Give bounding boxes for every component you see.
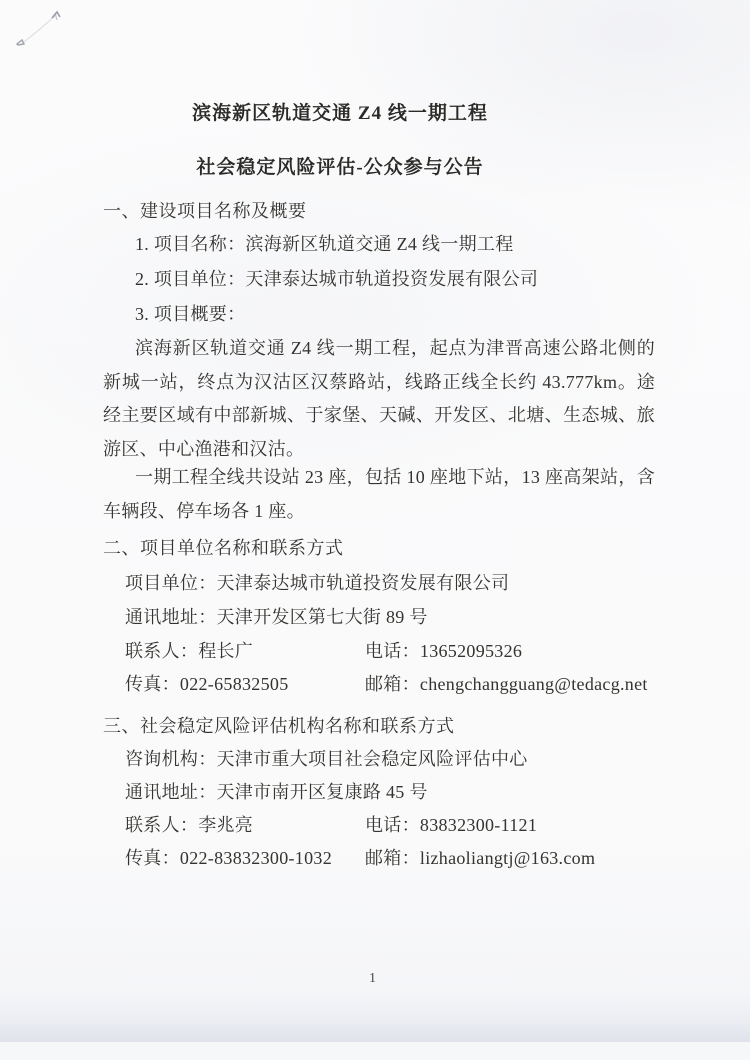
agency-label: 咨询机构：	[125, 749, 217, 769]
contact-person-value: 程长广	[198, 641, 253, 661]
list-item-project-unit: 2. 项目单位：天津泰达城市轨道投资发展有限公司	[135, 262, 655, 297]
phone-label: 电话：	[365, 641, 420, 661]
fax-value: 022-83832300-1032	[180, 848, 332, 868]
assessment-agency-contact-block: 咨询机构：天津市重大项目社会稳定风险评估中心 通讯地址：天津市南开区复康路 45…	[103, 743, 655, 875]
contact-row-address: 通讯地址：天津市南开区复康路 45 号	[125, 776, 655, 809]
scan-bottom-shadow	[0, 992, 750, 1041]
document-title: 滨海新区轨道交通 Z4 线一期工程	[0, 101, 680, 127]
email-value: chengchangguang@tedacg.net	[420, 674, 648, 694]
phone-label: 电话：	[365, 815, 420, 835]
scanned-document-page: 滨海新区轨道交通 Z4 线一期工程 社会稳定风险评估-公众参与公告 一、建设项目…	[0, 0, 750, 1060]
contact-row-address: 通讯地址：天津开发区第七大街 89 号	[125, 601, 655, 635]
section-1-heading: 一、建设项目名称及概要	[103, 198, 655, 225]
email-pair: 邮箱：lizhaoliangtj@163.com	[365, 842, 595, 875]
fax-label: 传真：	[125, 848, 180, 868]
section-2-heading: 二、项目单位名称和联系方式	[103, 535, 655, 562]
address-label: 通讯地址：	[125, 607, 217, 627]
fax-label: 传真：	[125, 674, 180, 694]
email-pair: 邮箱：chengchangguang@tedacg.net	[365, 668, 648, 702]
contact-person-label: 联系人：	[125, 641, 198, 661]
phone-value: 83832300-1121	[420, 815, 537, 835]
contact-row-unit: 项目单位：天津泰达城市轨道投资发展有限公司	[125, 567, 655, 601]
address-value: 天津市南开区复康路 45 号	[217, 782, 428, 802]
list-item-project-name: 1. 项目名称：滨海新区轨道交通 Z4 线一期工程	[135, 227, 655, 262]
email-label: 邮箱：	[365, 674, 420, 694]
section-3-heading: 三、社会稳定风险评估机构名称和联系方式	[103, 713, 655, 740]
email-label: 邮箱：	[365, 848, 420, 868]
contact-row-fax-email: 传真：022-83832300-1032 邮箱：lizhaoliangtj@16…	[125, 842, 655, 875]
document-subtitle: 社会稳定风险评估-公众参与公告	[0, 155, 680, 181]
contact-row-person-phone: 联系人：李兆亮 电话：83832300-1121	[125, 809, 655, 842]
unit-value: 天津泰达城市轨道投资发展有限公司	[217, 573, 510, 593]
email-value: lizhaoliangtj@163.com	[420, 848, 595, 868]
contact-person-value: 李兆亮	[198, 815, 253, 835]
contact-person-label: 联系人：	[125, 815, 198, 835]
phone-pair: 电话：83832300-1121	[365, 809, 537, 842]
phone-pair: 电话：13652095326	[365, 635, 522, 669]
project-summary-paragraph-1: 滨海新区轨道交通 Z4 线一期工程，起点为津晋高速公路北侧的新城一站，终点为汉沽…	[103, 332, 655, 466]
page-number: 1	[369, 971, 376, 987]
scan-mark-icon	[0, 0, 120, 80]
agency-value: 天津市重大项目社会稳定风险评估中心	[217, 749, 528, 769]
list-item-project-summary: 3. 项目概要：	[135, 297, 655, 332]
phone-value: 13652095326	[420, 641, 522, 661]
contact-row-agency: 咨询机构：天津市重大项目社会稳定风险评估中心	[125, 743, 655, 776]
address-label: 通讯地址：	[125, 782, 217, 802]
scan-bottom-strip	[0, 1042, 750, 1060]
project-summary-paragraph-2: 一期工程全线共设站 23 座，包括 10 座地下站，13 座高架站，含车辆段、停…	[103, 461, 655, 528]
address-value: 天津开发区第七大街 89 号	[217, 607, 428, 627]
contact-row-fax-email: 传真：022-65832505 邮箱：chengchangguang@tedac…	[125, 668, 655, 702]
project-info-list: 1. 项目名称：滨海新区轨道交通 Z4 线一期工程 2. 项目单位：天津泰达城市…	[103, 227, 655, 332]
document-body: 一、建设项目名称及概要 1. 项目名称：滨海新区轨道交通 Z4 线一期工程 2.…	[103, 198, 655, 875]
contact-row-person-phone: 联系人：程长广 电话：13652095326	[125, 635, 655, 669]
fax-value: 022-65832505	[180, 674, 289, 694]
unit-label: 项目单位：	[125, 573, 217, 593]
project-unit-contact-block: 项目单位：天津泰达城市轨道投资发展有限公司 通讯地址：天津开发区第七大街 89 …	[103, 567, 655, 702]
